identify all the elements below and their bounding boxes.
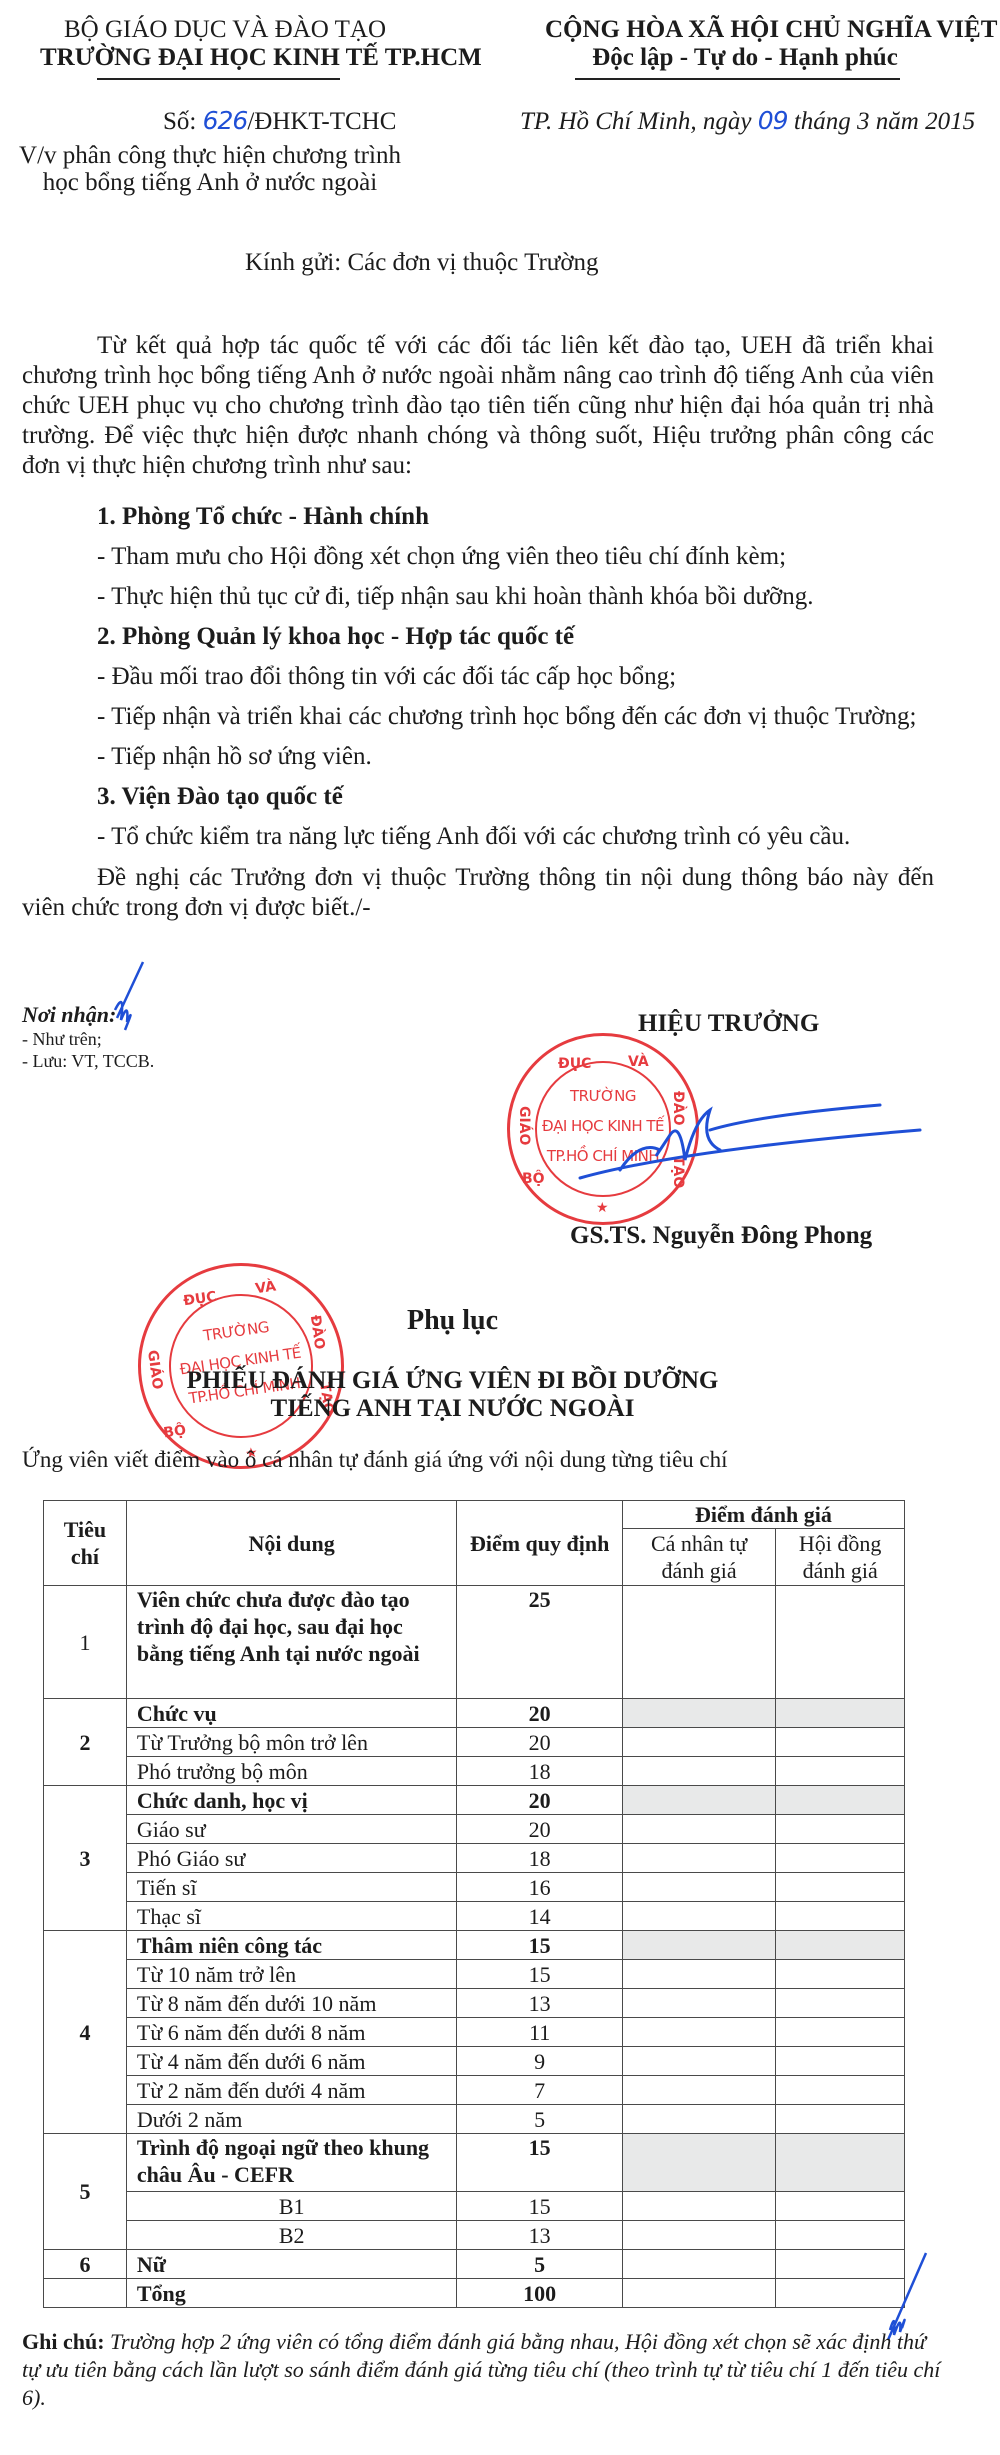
criteria-content: Từ 10 năm trở lên [126, 1960, 457, 1989]
self-eval-cell[interactable] [622, 2192, 775, 2221]
table-row: Từ 8 năm đến dưới 10 năm13 [44, 1989, 905, 2018]
table-row: B115 [44, 2192, 905, 2221]
points-value: 15 [457, 1931, 622, 1960]
appendix-title: PHIẾU ĐÁNH GIÁ ỨNG VIÊN ĐI BỒI DƯỠNG TIẾ… [0, 1367, 1000, 1423]
points-value: 20 [457, 1786, 622, 1815]
points-value: 15 [457, 1960, 622, 1989]
closing-paragraph: Đề nghị các Trưởng đơn vị thuộc Trường t… [22, 863, 934, 923]
criteria-content: Dưới 2 năm [126, 2105, 457, 2134]
self-eval-cell[interactable] [622, 2279, 775, 2308]
section-item: - Tiếp nhận hồ sơ ứng viên. [97, 743, 372, 771]
board-eval-cell[interactable] [776, 1960, 905, 1989]
points-value: 16 [457, 1873, 622, 1902]
col-evaluation: Điểm đánh giá [622, 1501, 904, 1529]
board-eval-cell[interactable] [776, 1873, 905, 1902]
criteria-content: Viên chức chưa được đào tạo trình độ đại… [126, 1586, 457, 1699]
evaluation-table: Tiêu chí Nội dung Điểm quy định Điểm đán… [43, 1500, 905, 2308]
self-eval-cell [622, 1931, 775, 1960]
self-eval-cell[interactable] [622, 2047, 775, 2076]
signatory-title: HIỆU TRƯỞNG [638, 1010, 819, 1038]
section-title: 2. Phòng Quản lý khoa học - Hợp tác quốc… [97, 623, 574, 651]
self-eval-cell[interactable] [622, 1989, 775, 2018]
criteria-content: Từ Trưởng bộ môn trở lên [126, 1728, 457, 1757]
points-value: 7 [457, 2076, 622, 2105]
board-eval-cell[interactable] [776, 2192, 905, 2221]
criteria-content: Thạc sĩ [126, 1902, 457, 1931]
signatory-name: GS.TS. Nguyễn Đông Phong [570, 1222, 872, 1250]
table-row: B213 [44, 2221, 905, 2250]
criteria-number: 3 [44, 1786, 127, 1931]
col-criteria: Tiêu chí [44, 1501, 127, 1586]
issuer-underline [97, 78, 340, 80]
table-row: Dưới 2 năm5 [44, 2105, 905, 2134]
section-item: - Đầu mối trao đổi thông tin với các đối… [97, 663, 676, 691]
self-eval-cell[interactable] [622, 1586, 775, 1699]
criteria-number: 5 [44, 2134, 127, 2250]
points-value: 5 [457, 2105, 622, 2134]
board-eval-cell[interactable] [776, 1844, 905, 1873]
criteria-number: 1 [44, 1586, 127, 1699]
subject-line: V/v phân công thực hiện chương trình học… [0, 142, 420, 196]
criteria-number: 6 [44, 2250, 127, 2279]
section-item: - Tham mưu cho Hội đồng xét chọn ứng viê… [97, 543, 786, 571]
self-eval-cell[interactable] [622, 1757, 775, 1786]
points-value: 15 [457, 2192, 622, 2221]
initials-signature-icon [95, 960, 155, 1040]
board-eval-cell [776, 1786, 905, 1815]
board-eval-cell [776, 1699, 905, 1728]
addressee: Kính gửi: Các đơn vị thuộc Trường [245, 248, 599, 278]
motto-underline [575, 78, 900, 80]
self-eval-cell[interactable] [622, 1902, 775, 1931]
board-eval-cell [776, 1931, 905, 1960]
table-row: 5Trình độ ngoại ngữ theo khung châu Âu -… [44, 2134, 905, 2192]
criteria-content: Chức danh, học vị [126, 1786, 457, 1815]
points-value: 20 [457, 1815, 622, 1844]
table-row: Phó trưởng bộ môn18 [44, 1757, 905, 1786]
self-eval-cell[interactable] [622, 2018, 775, 2047]
points-value: 18 [457, 1757, 622, 1786]
self-eval-cell [622, 1699, 775, 1728]
criteria-content: Nữ [126, 2250, 457, 2279]
table-row: 1Viên chức chưa được đào tạo trình độ đạ… [44, 1586, 905, 1699]
signature-icon [560, 1080, 940, 1200]
points-value: 13 [457, 1989, 622, 2018]
criteria-number: 2 [44, 1699, 127, 1786]
section-item: - Thực hiện thủ tục cử đi, tiếp nhận sau… [97, 583, 813, 611]
board-eval-cell[interactable] [776, 1728, 905, 1757]
board-eval-cell[interactable] [776, 1989, 905, 2018]
board-eval-cell[interactable] [776, 2047, 905, 2076]
table-row: 2Chức vụ20 [44, 1699, 905, 1728]
criteria-content: Phó Giáo sư [126, 1844, 457, 1873]
self-eval-cell[interactable] [622, 2250, 775, 2279]
appendix-instruction: Ứng viên viết điểm vào ô cá nhân tự đánh… [22, 1447, 728, 1473]
table-row: 6Nữ5 [44, 2250, 905, 2279]
self-eval-cell[interactable] [622, 1873, 775, 1902]
board-eval-cell[interactable] [776, 1757, 905, 1786]
col-content: Nội dung [126, 1501, 457, 1586]
board-eval-cell[interactable] [776, 2018, 905, 2047]
table-row: Giáo sư20 [44, 1815, 905, 1844]
table-row: Tiến sĩ16 [44, 1873, 905, 1902]
board-eval-cell[interactable] [776, 2105, 905, 2134]
points-value: 11 [457, 2018, 622, 2047]
document-date: TP. Hồ Chí Minh, ngày 09 tháng 3 năm 201… [520, 106, 975, 137]
criteria-content: Tổng [126, 2279, 457, 2308]
national-motto: Độc lập - Tự do - Hạnh phúc [545, 44, 945, 72]
points-value: 14 [457, 1902, 622, 1931]
handwritten-day: 09 [758, 106, 788, 135]
board-eval-cell [776, 2134, 905, 2192]
points-value: 100 [457, 2279, 622, 2308]
self-eval-cell[interactable] [622, 1844, 775, 1873]
table-row: Từ 2 năm đến dưới 4 năm7 [44, 2076, 905, 2105]
self-eval-cell [622, 1786, 775, 1815]
criteria-number [44, 2279, 127, 2308]
country-name: CỘNG HÒA XÃ HỘI CHỦ NGHĨA VIỆT NAM [545, 16, 945, 44]
table-row: Từ 10 năm trở lên15 [44, 1960, 905, 1989]
self-eval-cell[interactable] [622, 2076, 775, 2105]
criteria-content: Chức vụ [126, 1699, 457, 1728]
col-self-eval: Cá nhân tự đánh giá [622, 1529, 775, 1586]
table-row: 3Chức danh, học vị20 [44, 1786, 905, 1815]
issuer-block: BỘ GIÁO DỤC VÀ ĐÀO TẠO TRƯỜNG ĐẠI HỌC KI… [40, 16, 410, 72]
col-points: Điểm quy định [457, 1501, 622, 1586]
self-eval-cell[interactable] [622, 1960, 775, 1989]
section-title: 3. Viện Đào tạo quốc tế [97, 783, 343, 811]
points-value: 20 [457, 1699, 622, 1728]
points-value: 9 [457, 2047, 622, 2076]
col-board-eval: Hội đồng đánh giá [776, 1529, 905, 1586]
self-eval-cell[interactable] [622, 2221, 775, 2250]
board-eval-cell[interactable] [776, 2076, 905, 2105]
table-row: Phó Giáo sư18 [44, 1844, 905, 1873]
ministry-name: BỘ GIÁO DỤC VÀ ĐÀO TẠO [40, 16, 410, 44]
criteria-content: B1 [126, 2192, 457, 2221]
table-row: Từ Trưởng bộ môn trở lên20 [44, 1728, 905, 1757]
intro-paragraph: Từ kết quả hợp tác quốc tế với các đối t… [22, 331, 934, 481]
criteria-content: Phó trưởng bộ môn [126, 1757, 457, 1786]
criteria-content: Trình độ ngoại ngữ theo khung châu Âu - … [126, 2134, 457, 2192]
board-eval-cell[interactable] [776, 1586, 905, 1699]
points-value: 18 [457, 1844, 622, 1873]
self-eval-cell[interactable] [622, 2105, 775, 2134]
handwritten-number: 626 [203, 106, 248, 135]
section-item: - Tiếp nhận và triển khai các chương trì… [97, 703, 916, 731]
table-row: Thạc sĩ14 [44, 1902, 905, 1931]
self-eval-cell[interactable] [622, 1815, 775, 1844]
table-row: Từ 4 năm đến dưới 6 năm9 [44, 2047, 905, 2076]
section-item: - Tổ chức kiểm tra năng lực tiếng Anh đố… [97, 823, 850, 851]
criteria-number: 4 [44, 1931, 127, 2134]
university-name: TRƯỜNG ĐẠI HỌC KINH TẾ TP.HCM [40, 44, 410, 72]
board-eval-cell[interactable] [776, 1902, 905, 1931]
points-value: 25 [457, 1586, 622, 1699]
appendix-label: Phụ lục [0, 1305, 1000, 1337]
points-value: 15 [457, 2134, 622, 2192]
criteria-content: Từ 4 năm đến dưới 6 năm [126, 2047, 457, 2076]
board-eval-cell[interactable] [776, 2221, 905, 2250]
criteria-content: Thâm niên công tác [126, 1931, 457, 1960]
self-eval-cell[interactable] [622, 1728, 775, 1757]
criteria-content: Từ 6 năm đến dưới 8 năm [126, 2018, 457, 2047]
criteria-content: Giáo sư [126, 1815, 457, 1844]
table-row: Tổng100 [44, 2279, 905, 2308]
self-eval-cell [622, 2134, 775, 2192]
points-value: 20 [457, 1728, 622, 1757]
national-block: CỘNG HÒA XÃ HỘI CHỦ NGHĨA VIỆT NAM Độc l… [545, 16, 945, 72]
points-value: 13 [457, 2221, 622, 2250]
section-title: 1. Phòng Tổ chức - Hành chính [97, 503, 429, 531]
appendix-note: Ghi chú: Trường hợp 2 ứng viên có tổng đ… [22, 2328, 942, 2412]
points-value: 5 [457, 2250, 622, 2279]
recipient-item: - Lưu: VT, TCCB. [22, 1050, 154, 1072]
criteria-content: Từ 2 năm đến dưới 4 năm [126, 2076, 457, 2105]
board-eval-cell[interactable] [776, 1815, 905, 1844]
document-number: Số: 626/ĐHKT-TCHC [163, 106, 396, 137]
criteria-content: Tiến sĩ [126, 1873, 457, 1902]
criteria-content: Từ 8 năm đến dưới 10 năm [126, 1989, 457, 2018]
table-row: 4Thâm niên công tác15 [44, 1931, 905, 1960]
criteria-content: B2 [126, 2221, 457, 2250]
table-row: Từ 6 năm đến dưới 8 năm11 [44, 2018, 905, 2047]
